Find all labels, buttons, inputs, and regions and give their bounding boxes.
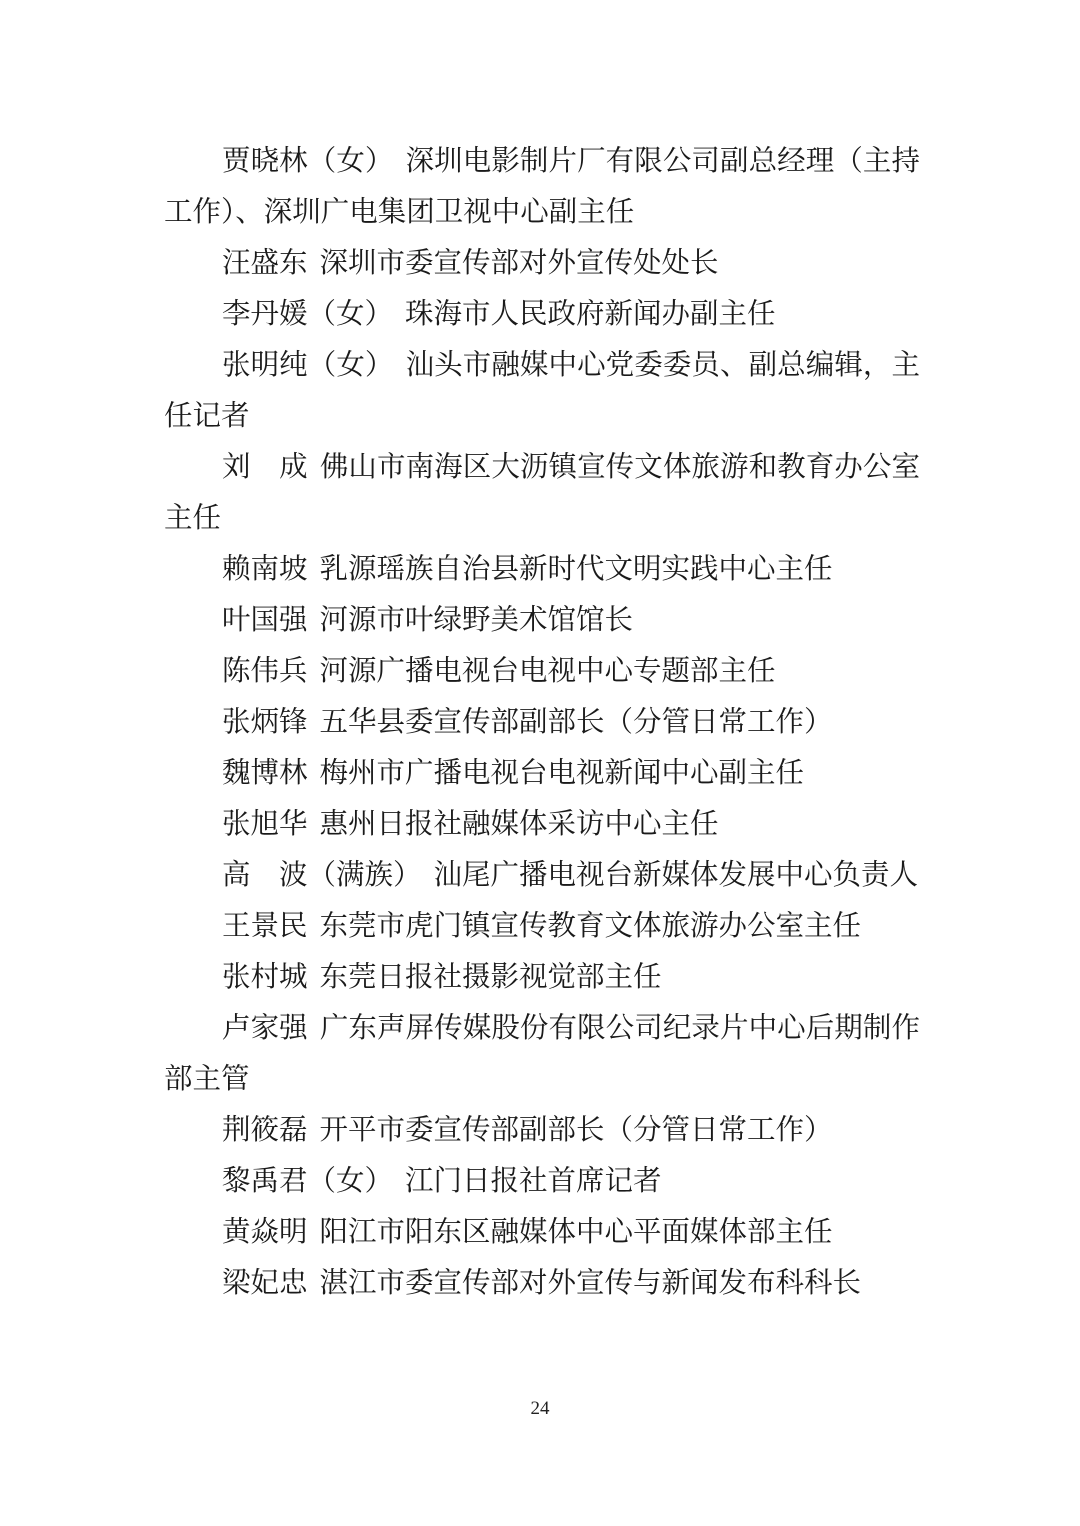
- list-item: 梁妃忠湛江市委宣传部对外宣传与新闻发布科科长: [164, 1257, 920, 1308]
- person-name: 陈伟兵: [222, 654, 308, 687]
- list-item: 贾晓林（女）深圳电影制片厂有限公司副总经理（主持工作）、深圳广电集团卫视中心副主…: [164, 135, 920, 237]
- person-title: 珠海市人民政府新闻办副主任: [405, 297, 776, 330]
- person-name: 王景民: [222, 909, 308, 942]
- person-title: 深圳市委宣传部对外宣传处处长: [320, 246, 719, 279]
- person-name: 李丹媛（女）: [222, 297, 393, 330]
- page-number: 24: [0, 1398, 1080, 1420]
- person-name: 叶国强: [222, 603, 308, 636]
- list-item: 赖南坡乳源瑶族自治县新时代文明实践中心主任: [164, 543, 920, 594]
- list-item: 叶国强河源市叶绿野美术馆馆长: [164, 594, 920, 645]
- person-name: 卢家强: [222, 1011, 308, 1044]
- person-title: 开平市委宣传部副部长（分管日常工作）: [320, 1113, 833, 1146]
- person-name: 梁妃忠: [222, 1266, 308, 1299]
- list-item: 张村城东莞日报社摄影视觉部主任: [164, 951, 920, 1002]
- person-title: 汕尾广播电视台新媒体发展中心负责人: [434, 858, 919, 891]
- list-item: 高 波（满族）汕尾广播电视台新媒体发展中心负责人: [164, 849, 920, 900]
- person-name: 汪盛东: [222, 246, 308, 279]
- person-title: 阳江市阳东区融媒体中心平面媒体部主任: [320, 1215, 833, 1248]
- person-title: 江门日报社首席记者: [405, 1164, 662, 1197]
- person-name: 魏博林: [222, 756, 308, 789]
- person-name: 黄焱明: [222, 1215, 308, 1248]
- list-item: 张明纯（女）汕头市融媒中心党委委员、副总编辑，主任记者: [164, 339, 920, 441]
- list-item: 卢家强广东声屏传媒股份有限公司纪录片中心后期制作部主管: [164, 1002, 920, 1104]
- person-title: 湛江市委宣传部对外宣传与新闻发布科科长: [320, 1266, 862, 1299]
- list-item: 汪盛东深圳市委宣传部对外宣传处处长: [164, 237, 920, 288]
- person-name: 贾晓林（女）: [222, 144, 394, 177]
- list-item: 张炳锋五华县委宣传部副部长（分管日常工作）: [164, 696, 920, 747]
- person-name: 张村城: [222, 960, 308, 993]
- person-title: 河源市叶绿野美术馆馆长: [320, 603, 634, 636]
- person-title: 河源广播电视台电视中心专题部主任: [320, 654, 776, 687]
- list-item: 李丹媛（女）珠海市人民政府新闻办副主任: [164, 288, 920, 339]
- person-name: 张明纯（女）: [222, 348, 394, 381]
- person-name: 荆筱磊: [222, 1113, 308, 1146]
- person-name: 刘 成: [222, 450, 308, 483]
- person-name: 赖南坡: [222, 552, 308, 585]
- list-item: 荆筱磊开平市委宣传部副部长（分管日常工作）: [164, 1104, 920, 1155]
- list-item: 黄焱明阳江市阳东区融媒体中心平面媒体部主任: [164, 1206, 920, 1257]
- list-item: 陈伟兵河源广播电视台电视中心专题部主任: [164, 645, 920, 696]
- person-title: 东莞市虎门镇宣传教育文体旅游办公室主任: [320, 909, 862, 942]
- person-title: 东莞日报社摄影视觉部主任: [320, 960, 662, 993]
- document-body: 贾晓林（女）深圳电影制片厂有限公司副总经理（主持工作）、深圳广电集团卫视中心副主…: [164, 135, 920, 1308]
- list-item: 魏博林梅州市广播电视台电视新闻中心副主任: [164, 747, 920, 798]
- person-title: 乳源瑶族自治县新时代文明实践中心主任: [320, 552, 833, 585]
- person-title: 五华县委宣传部副部长（分管日常工作）: [320, 705, 833, 738]
- list-item: 张旭华惠州日报社融媒体采访中心主任: [164, 798, 920, 849]
- person-title: 梅州市广播电视台电视新闻中心副主任: [320, 756, 805, 789]
- person-name: 黎禹君（女）: [222, 1164, 393, 1197]
- list-item: 王景民东莞市虎门镇宣传教育文体旅游办公室主任: [164, 900, 920, 951]
- person-title: 惠州日报社融媒体采访中心主任: [320, 807, 719, 840]
- person-name: 张旭华: [222, 807, 308, 840]
- person-name: 张炳锋: [222, 705, 308, 738]
- list-item: 黎禹君（女）江门日报社首席记者: [164, 1155, 920, 1206]
- person-name: 高 波（满族）: [222, 858, 422, 891]
- list-item: 刘 成佛山市南海区大沥镇宣传文体旅游和教育办公室主任: [164, 441, 920, 543]
